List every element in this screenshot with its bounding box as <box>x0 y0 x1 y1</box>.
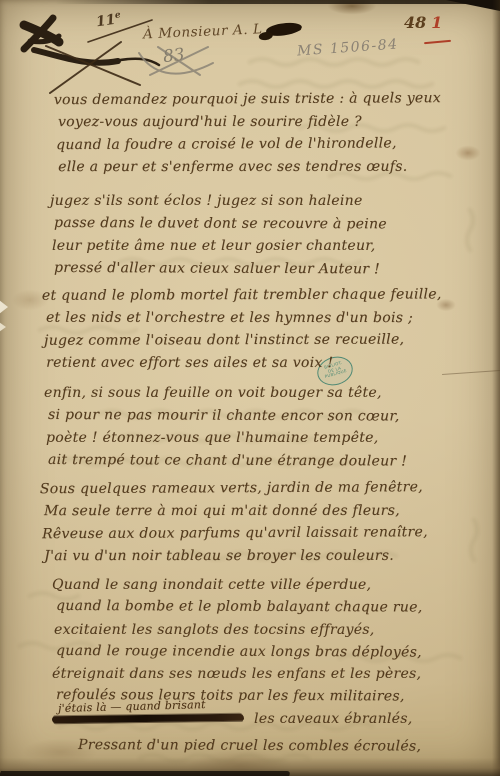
paper-edge-right <box>492 0 500 776</box>
series-number: 11e <box>95 10 122 30</box>
poem-line: quand la bombe et le plomb balayant chaq… <box>52 595 500 619</box>
stanza-1: vous demandez pourquoi je suis triste : … <box>0 87 500 180</box>
paper-edge-top <box>56 0 500 4</box>
poem-line: Ma seule terre à moi qui m'ait donné des… <box>40 499 500 522</box>
poem-line: si pour ne pas mourir il chante encor so… <box>44 404 500 429</box>
manuscript-page: 11e 83 À Monsieur A. L MS 1506-84 481 BI… <box>0 0 500 776</box>
stanza-6: Quand le sang inondait cette ville éperd… <box>0 574 500 757</box>
poem-line: Pressant d'un pied cruel les combles écr… <box>52 734 500 758</box>
poem-line: quand la foudre a croisé le vol de l'hir… <box>54 132 500 157</box>
poem-line: Quand le sang inondait cette ville éperd… <box>52 574 500 596</box>
poem-line: Sous quelques rameaux verts, jardin de m… <box>40 476 500 501</box>
poem-line: retient avec effort ses ailes et sa voix… <box>42 351 500 374</box>
poem-line: ait trempé tout ce chant d'une étrange d… <box>44 449 500 474</box>
poem-line: vous demandez pourquoi je suis triste : … <box>54 87 500 112</box>
poem-line: poète ! étonnez-vous que l'humaine tempê… <box>44 427 500 450</box>
paper-edge-bottom-shadow <box>0 771 291 776</box>
poem-line-fragment: les caveaux ébranlés, <box>254 711 413 727</box>
poem-line: excitaient les sanglots des tocsins effr… <box>52 619 500 641</box>
poem-line: étreignait dans ses nœuds les enfans et … <box>52 663 500 685</box>
stanza-2: jugez s'ils sont éclos ! jugez si son ha… <box>0 190 500 280</box>
crossed-out-pencil-number: 83 <box>162 45 186 67</box>
poem-line: passe dans le duvet dont se recouvre à p… <box>50 212 500 237</box>
series-number-suffix: e <box>114 10 121 21</box>
paper-tear <box>0 300 8 314</box>
poem-line: enfin, si sous la feuille on voit bouger… <box>44 382 500 405</box>
stanza-5: Sous quelques rameaux verts, jardin de m… <box>0 476 500 569</box>
poem-line: leur petite âme nue et leur gosier chant… <box>50 235 500 258</box>
stanza-4: enfin, si sous la feuille on voit bouger… <box>0 382 500 472</box>
folio-number: 481 <box>404 13 442 32</box>
poem-line: jugez comme l'oiseau dont l'instinct se … <box>42 328 500 352</box>
page-number-red: 1 <box>431 13 442 32</box>
poem-line: quand le rouge incendie aux longs bras d… <box>52 640 500 664</box>
stanza-3: et quand le plomb mortel fait trembler c… <box>0 283 500 375</box>
poem-line: et quand le plomb mortel fait trembler c… <box>42 283 500 307</box>
folio-number-ink: 48 <box>404 13 426 32</box>
poem-line: J'ai vu d'un noir tableau se broyer les … <box>40 544 500 567</box>
poem-line: voyez-vous aujourd'hui le sourire fidèle… <box>54 110 500 133</box>
poem-line: et les nids et l'orchestre et les hymnes… <box>42 306 500 329</box>
paper-tear <box>0 322 6 332</box>
poem-line: elle a peur et s'enferme avec ses tendre… <box>54 155 500 178</box>
poem-line: jugez s'ils sont éclos ! jugez si son ha… <box>50 190 500 213</box>
poem-line: pressé d'aller aux cieux saluer leur Aut… <box>50 257 500 282</box>
ink-blot-over-name <box>265 20 302 37</box>
poem-line-with-deletion: j'étais là — quand brisantles caveaux éb… <box>52 708 500 730</box>
crossed-out-text-smear <box>52 714 244 724</box>
poem-line: Rêveuse aux doux parfums qu'avril laissa… <box>40 521 500 546</box>
